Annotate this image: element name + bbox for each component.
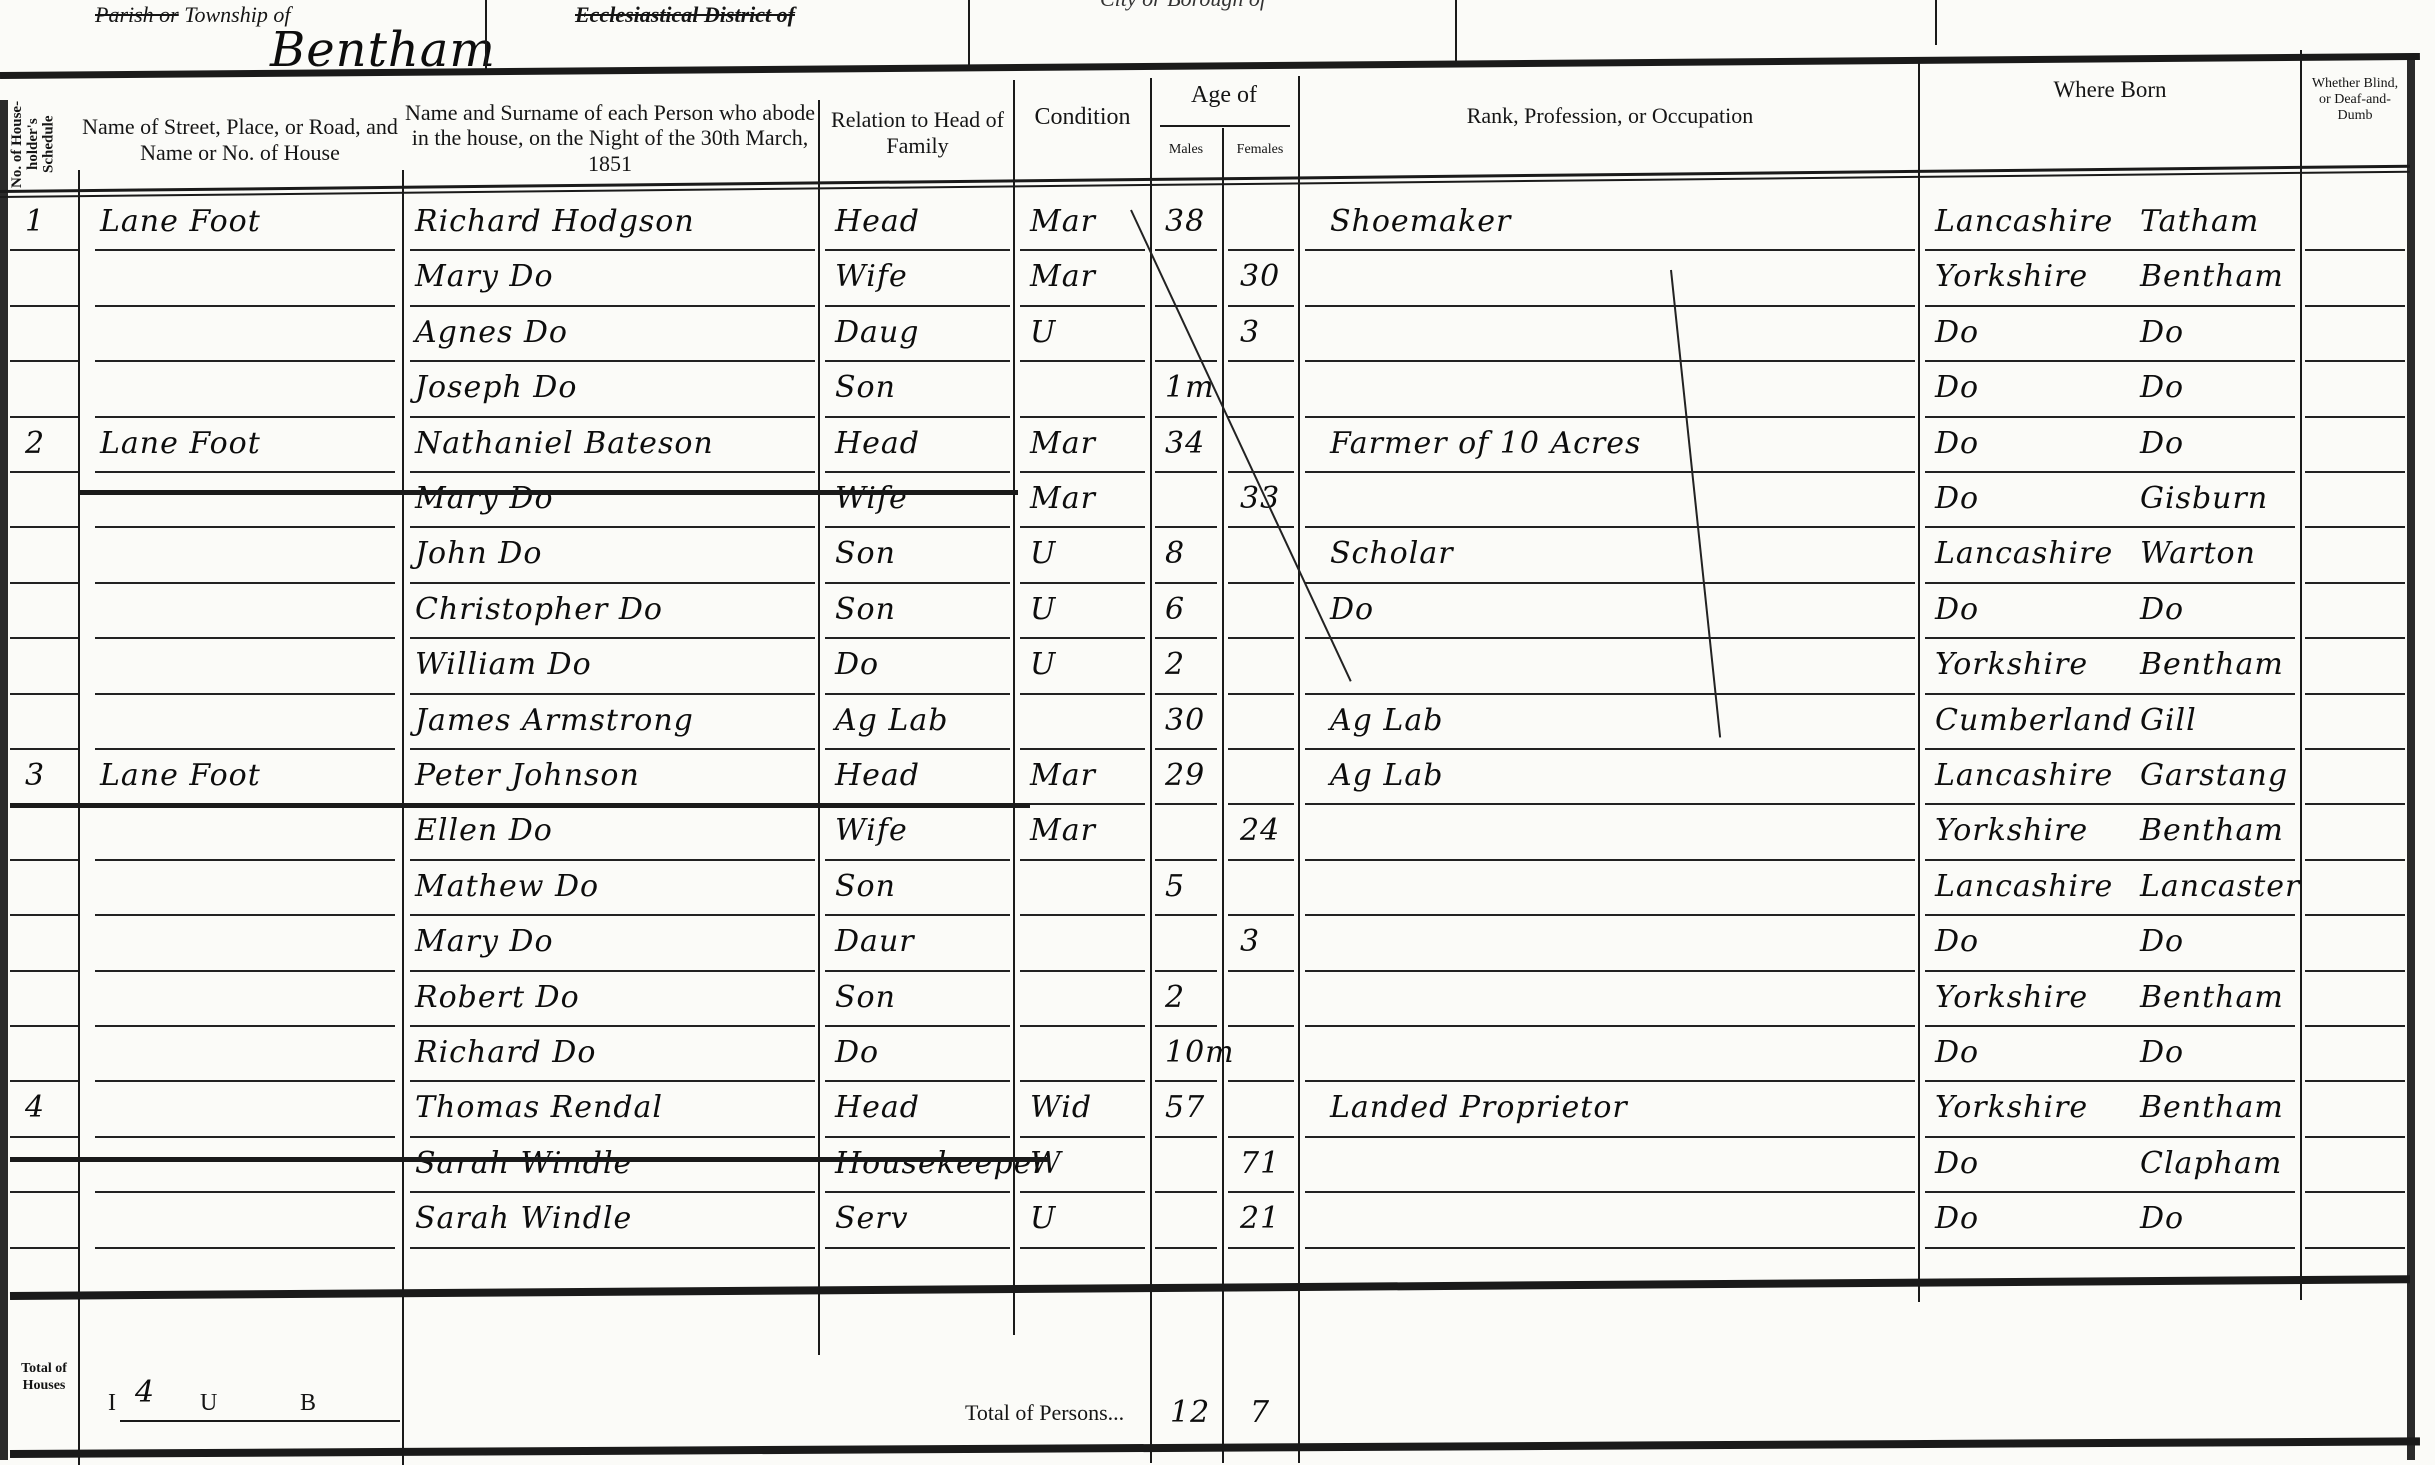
cell-relation: Daug [835, 315, 919, 350]
row-rule [410, 360, 815, 362]
row-rule [1925, 859, 2295, 861]
row-rule [1155, 1136, 1217, 1138]
row-rule [2305, 693, 2405, 695]
row-rule [410, 416, 815, 418]
cell-male-age: 29 [1165, 758, 1205, 793]
cell-born-county: Do [1935, 426, 1979, 461]
header-occupation: Rank, Profession, or Occupation [1300, 66, 1920, 166]
row-rule [10, 416, 78, 418]
row-rule [1305, 249, 1915, 251]
cell-female-age: 30 [1240, 259, 1280, 294]
row-rule [2305, 416, 2405, 418]
row-rule [1925, 582, 2295, 584]
row-rule [95, 416, 395, 418]
cell-condition: U [1030, 592, 1056, 627]
cell-born-place: Do [2140, 1201, 2184, 1236]
row-rule [1925, 416, 2295, 418]
row-rule [1020, 1247, 1145, 1249]
cell-condition: U [1030, 647, 1056, 682]
total-females: 7 [1250, 1395, 1270, 1430]
age-divider [1160, 125, 1290, 127]
cell-street: Lane Foot [100, 758, 261, 793]
cell-occupation: Landed Proprietor [1330, 1090, 1628, 1125]
cell-street: Lane Foot [100, 426, 261, 461]
row-rule [2305, 970, 2405, 972]
cell-male-age: 30 [1165, 703, 1205, 738]
row-rule [1228, 914, 1294, 916]
row-rule [410, 637, 815, 639]
cell-relation: Housekeeper [835, 1146, 1048, 1181]
cell-male-age: 8 [1165, 536, 1185, 571]
row-rule [2305, 360, 2405, 362]
row-rule [1925, 914, 2295, 916]
row-rule [95, 526, 395, 528]
cell-born-place: Do [2140, 315, 2184, 350]
row-rule [95, 1025, 395, 1027]
row-rule [10, 305, 78, 307]
row-rule [1925, 803, 2295, 805]
row-rule [95, 305, 395, 307]
cell-born-place: Do [2140, 592, 2184, 627]
cell-name: Ellen Do [415, 813, 553, 848]
row-rule [1305, 1080, 1915, 1082]
row-rule [410, 305, 815, 307]
city-borough-label: City or Borough of [1100, 0, 1266, 12]
row-rule [1155, 249, 1217, 251]
row-rule [1925, 970, 2295, 972]
row-rule [825, 249, 1010, 251]
row-rule [410, 1080, 815, 1082]
row-rule [1155, 305, 1217, 307]
row-rule [1305, 471, 1915, 473]
row-rule [1305, 1136, 1915, 1138]
cell-born-county: Yorkshire [1935, 1090, 2088, 1125]
cell-name: Joseph Do [415, 370, 577, 405]
cell-male-age: 2 [1165, 980, 1185, 1015]
header-schedule: No. of House-holder's Schedule [10, 98, 80, 190]
cell-condition: Mar [1030, 813, 1096, 848]
cell-relation: Son [835, 536, 896, 571]
row-rule [10, 748, 78, 750]
cell-relation: Wife [835, 259, 908, 294]
row-rule [1228, 637, 1294, 639]
cell-relation: Son [835, 869, 896, 904]
row-rule [1155, 1191, 1217, 1193]
row-rule [1305, 1247, 1915, 1249]
row-rule [1155, 693, 1217, 695]
row-rule [1020, 970, 1145, 972]
cell-name: Richard Hodgson [415, 204, 695, 239]
cell-born-county: Do [1935, 370, 1979, 405]
cell-born-county: Cumberland [1935, 703, 2133, 738]
cell-born-county: Yorkshire [1935, 813, 2088, 848]
col-line [1150, 78, 1152, 1463]
row-rule [410, 471, 815, 473]
cell-occupation: Ag Lab [1330, 703, 1443, 738]
cell-female-age: 21 [1240, 1201, 1280, 1236]
cell-born-place: Clapham [2140, 1146, 2282, 1181]
row-rule [825, 305, 1010, 307]
row-rule [1155, 1247, 1217, 1249]
cell-relation: Head [835, 1090, 920, 1125]
row-rule [2305, 582, 2405, 584]
cell-born-county: Yorkshire [1935, 647, 2088, 682]
row-rule [825, 582, 1010, 584]
cell-condition: Mar [1030, 758, 1096, 793]
cell-name: Richard Do [415, 1035, 596, 1070]
row-rule [1020, 471, 1145, 473]
cell-condition: Mar [1030, 259, 1096, 294]
row-rule [1925, 1025, 2295, 1027]
row-rule [825, 693, 1010, 695]
cell-relation: Do [835, 1035, 879, 1070]
row-rule [1305, 1191, 1915, 1193]
row-rule [95, 859, 395, 861]
row-rule [1305, 360, 1915, 362]
row-rule [1305, 526, 1915, 528]
row-rule [95, 693, 395, 695]
cell-condition: W [1030, 1146, 1062, 1181]
row-rule [1925, 693, 2295, 695]
cell-relation: Son [835, 980, 896, 1015]
row-rule [825, 360, 1010, 362]
cell-name: Peter Johnson [415, 758, 640, 793]
left-border [0, 100, 8, 1460]
cell-name: Agnes Do [415, 315, 568, 350]
cell-born-county: Lancashire [1935, 204, 2113, 239]
row-rule [10, 1247, 78, 1249]
cell-relation: Head [835, 426, 920, 461]
building-label: B [300, 1390, 316, 1417]
cell-schedule: 3 [25, 758, 45, 793]
row-rule [1020, 914, 1145, 916]
row-rule [1020, 526, 1145, 528]
row-rule [1925, 471, 2295, 473]
col-line [78, 170, 80, 1465]
cell-name: Nathaniel Bateson [415, 426, 714, 461]
cell-condition: Wid [1030, 1090, 1092, 1125]
cell-male-age: 57 [1165, 1090, 1205, 1125]
col-line [1918, 62, 1920, 1302]
cell-born-county: Do [1935, 1035, 1979, 1070]
cell-relation: Serv [835, 1201, 909, 1236]
cell-name: Mary Do [415, 924, 554, 959]
row-rule [10, 1191, 78, 1193]
col-line [2300, 50, 2302, 1300]
row-rule [410, 1136, 815, 1138]
row-rule [2305, 305, 2405, 307]
row-rule [1305, 416, 1915, 418]
row-rule [95, 748, 395, 750]
row-rule [95, 582, 395, 584]
header-age-of: Age of [1150, 76, 1298, 116]
row-rule [1020, 748, 1145, 750]
header-name: Name and Surname of each Person who abod… [405, 88, 815, 188]
row-rule [1228, 1025, 1294, 1027]
header-where-born: Where Born [1920, 60, 2300, 120]
totals-underline [120, 1420, 400, 1422]
row-rule [1155, 637, 1217, 639]
row-rule [1228, 748, 1294, 750]
cell-relation: Son [835, 370, 896, 405]
row-rule [1020, 305, 1145, 307]
cell-born-place: Bentham [2140, 1090, 2284, 1125]
row-rule [1155, 526, 1217, 528]
cell-name: Mary Do [415, 481, 554, 516]
parish-township-label: Parish or Township of [95, 2, 290, 28]
row-rule [1305, 803, 1915, 805]
row-rule [1155, 1025, 1217, 1027]
cell-schedule: 4 [25, 1090, 45, 1125]
row-rule [410, 249, 815, 251]
row-rule [410, 526, 815, 528]
row-rule [825, 1247, 1010, 1249]
ecclesiastical-district-label: Ecclesiastical District of [575, 2, 795, 28]
row-rule [95, 637, 395, 639]
cell-born-county: Yorkshire [1935, 259, 2088, 294]
row-rule [1020, 360, 1145, 362]
row-rule [2305, 1080, 2405, 1082]
row-rule [10, 471, 78, 473]
total-persons-label: Total of Persons... [965, 1400, 1124, 1426]
row-rule [1925, 1080, 2295, 1082]
row-rule [2305, 637, 2405, 639]
row-rule [410, 1247, 815, 1249]
cell-born-county: Lancashire [1935, 869, 2113, 904]
cell-born-place: Warton [2140, 536, 2256, 571]
cell-male-age: 38 [1165, 204, 1205, 239]
cell-name: William Do [415, 647, 592, 682]
inhabited-label: I [108, 1390, 116, 1417]
row-rule [2305, 526, 2405, 528]
row-rule [1155, 416, 1217, 418]
row-rule [1305, 970, 1915, 972]
row-rule [1155, 582, 1217, 584]
cell-condition: U [1030, 536, 1056, 571]
cell-female-age: 24 [1240, 813, 1280, 848]
row-rule [1925, 360, 2295, 362]
cell-condition: Mar [1030, 481, 1096, 516]
cell-male-age: 10m [1165, 1035, 1235, 1070]
cell-name: Robert Do [415, 980, 580, 1015]
cell-condition: U [1030, 315, 1056, 350]
tally-stroke [1670, 270, 1721, 738]
household-separator [78, 490, 1018, 495]
cell-relation: Wife [835, 481, 908, 516]
row-rule [1228, 471, 1294, 473]
row-rule [825, 1191, 1010, 1193]
rows-bottom-rule [10, 1275, 2410, 1300]
row-rule [410, 1191, 815, 1193]
row-rule [1228, 360, 1294, 362]
col-line [1298, 76, 1300, 1463]
row-rule [1305, 637, 1915, 639]
row-rule [825, 748, 1010, 750]
cell-relation: Do [835, 647, 879, 682]
header-relation: Relation to Head of Family [820, 80, 1015, 185]
cell-relation: Head [835, 204, 920, 239]
row-rule [1228, 693, 1294, 695]
cell-occupation: Shoemaker [1330, 204, 1511, 239]
col-line [818, 100, 820, 1355]
row-rule [2305, 748, 2405, 750]
cell-male-age: 5 [1165, 869, 1185, 904]
cell-male-age: 6 [1165, 592, 1185, 627]
row-rule [1020, 637, 1145, 639]
total-males: 12 [1170, 1395, 1210, 1430]
divider [968, 0, 970, 70]
cell-name: James Armstrong [415, 703, 694, 738]
cell-name: Christopher Do [415, 592, 663, 627]
row-rule [1155, 1080, 1217, 1082]
row-rule [95, 1191, 395, 1193]
row-rule [1020, 1025, 1145, 1027]
row-rule [410, 582, 815, 584]
cell-condition: U [1030, 1201, 1056, 1236]
cell-male-age: 34 [1165, 426, 1205, 461]
row-rule [95, 1136, 395, 1138]
row-rule [1020, 582, 1145, 584]
cell-occupation: Farmer of 10 Acres [1330, 426, 1641, 461]
row-rule [825, 416, 1010, 418]
col-line [1222, 128, 1224, 1463]
row-rule [1020, 859, 1145, 861]
row-rule [95, 914, 395, 916]
row-rule [95, 249, 395, 251]
row-rule [1020, 803, 1145, 805]
row-rule [1155, 471, 1217, 473]
row-rule [1020, 416, 1145, 418]
cell-born-county: Yorkshire [1935, 980, 2088, 1015]
row-rule [410, 1025, 815, 1027]
cell-female-age: 71 [1240, 1146, 1280, 1181]
row-rule [1925, 637, 2295, 639]
right-border [2407, 60, 2415, 1460]
row-rule [95, 360, 395, 362]
cell-condition: Mar [1030, 204, 1096, 239]
row-rule [1228, 970, 1294, 972]
header-blind-deaf: Whether Blind, or Deaf-and-Dumb [2305, 55, 2405, 145]
row-rule [2305, 1191, 2405, 1193]
row-rule [1228, 249, 1294, 251]
row-rule [2305, 803, 2405, 805]
cell-born-place: Bentham [2140, 259, 2284, 294]
cell-condition: Mar [1030, 426, 1096, 461]
row-rule [2305, 1136, 2405, 1138]
row-rule [1305, 305, 1915, 307]
row-rule [95, 471, 395, 473]
cell-born-county: Lancashire [1935, 758, 2113, 793]
cell-name: Mathew Do [415, 869, 599, 904]
row-rule [1228, 1080, 1294, 1082]
cell-born-place: Do [2140, 370, 2184, 405]
cell-relation: Daur [835, 924, 915, 959]
uninhabited-label: U [200, 1390, 217, 1417]
row-rule [1305, 859, 1915, 861]
cell-schedule: 2 [25, 426, 45, 461]
cell-born-place: Bentham [2140, 813, 2284, 848]
cell-born-county: Do [1935, 592, 1979, 627]
row-rule [1155, 970, 1217, 972]
row-rule [1925, 526, 2295, 528]
row-rule [1155, 748, 1217, 750]
row-rule [1925, 748, 2295, 750]
row-rule [2305, 1025, 2405, 1027]
cell-relation: Wife [835, 813, 908, 848]
cell-born-place: Do [2140, 1035, 2184, 1070]
row-rule [1925, 1191, 2295, 1193]
header-condition: Condition [1015, 78, 1150, 158]
cell-born-county: Do [1935, 1201, 1979, 1236]
cell-female-age: 3 [1240, 315, 1260, 350]
row-rule [10, 1025, 78, 1027]
row-rule [410, 970, 815, 972]
cell-born-place: Do [2140, 924, 2184, 959]
row-rule [1020, 693, 1145, 695]
census-page: Parish or Township of Bentham Ecclesiast… [0, 0, 2435, 1465]
cell-born-county: Do [1935, 1146, 1979, 1181]
row-rule [1305, 1025, 1915, 1027]
row-rule [1925, 305, 2295, 307]
cell-occupation: Ag Lab [1330, 758, 1443, 793]
row-rule [825, 1080, 1010, 1082]
row-rule [10, 859, 78, 861]
cell-born-place: Garstang [2140, 758, 2288, 793]
cell-born-county: Do [1935, 924, 1979, 959]
row-rule [1305, 748, 1915, 750]
cell-occupation: Do [1330, 592, 1374, 627]
row-rule [825, 1025, 1010, 1027]
header-females: Females [1222, 130, 1298, 170]
row-rule [410, 748, 815, 750]
row-rule [1020, 249, 1145, 251]
row-rule [825, 526, 1010, 528]
cell-born-place: Bentham [2140, 647, 2284, 682]
row-rule [1925, 249, 2295, 251]
row-rule [10, 249, 78, 251]
row-rule [2305, 914, 2405, 916]
row-rule [10, 637, 78, 639]
cell-born-place: Gisburn [2140, 481, 2268, 516]
divider [485, 0, 487, 75]
page-bottom-rule [10, 1437, 2420, 1458]
row-rule [1228, 416, 1294, 418]
cell-male-age: 2 [1165, 647, 1185, 682]
cell-relation: Ag Lab [835, 703, 948, 738]
row-rule [1228, 582, 1294, 584]
header-males: Males [1150, 130, 1222, 170]
row-rule [1925, 1247, 2295, 1249]
row-rule [825, 914, 1010, 916]
row-rule [1228, 803, 1294, 805]
row-rule [1228, 305, 1294, 307]
cell-relation: Head [835, 758, 920, 793]
divider [1455, 0, 1457, 62]
row-rule [1925, 1136, 2295, 1138]
total-houses-label: Total of Houses [10, 1300, 78, 1455]
row-rule [825, 859, 1010, 861]
row-rule [410, 859, 815, 861]
row-rule [2305, 1247, 2405, 1249]
row-rule [10, 582, 78, 584]
row-rule [2305, 859, 2405, 861]
row-rule [1305, 582, 1915, 584]
cell-born-county: Do [1935, 315, 1979, 350]
cell-name: Thomas Rendal [415, 1090, 663, 1125]
inhabited-value: 4 [135, 1375, 155, 1410]
cell-female-age: 3 [1240, 924, 1260, 959]
row-rule [410, 914, 815, 916]
